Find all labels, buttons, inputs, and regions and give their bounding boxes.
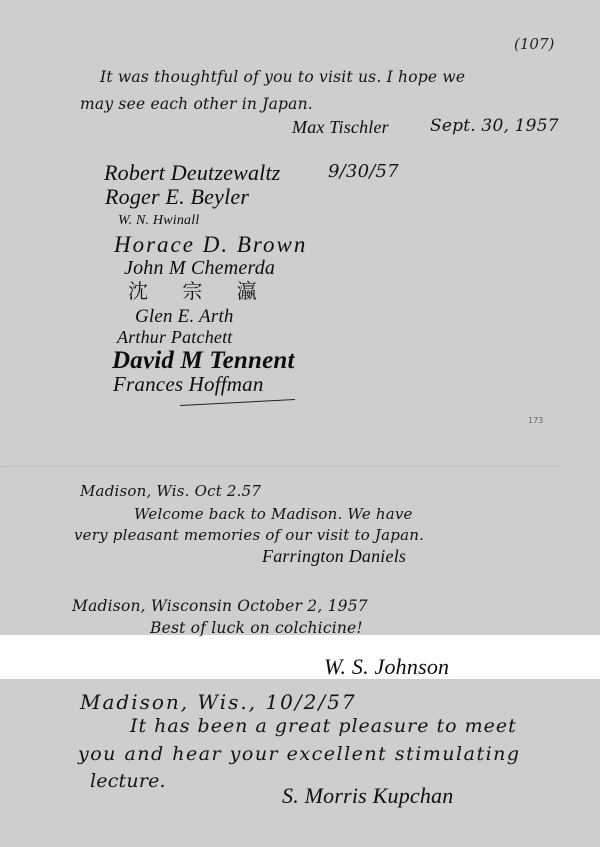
signature: Arthur Patchett <box>117 328 232 346</box>
signature: Max Tischler <box>292 118 389 136</box>
signature: W. N. Hwinall <box>118 214 199 228</box>
signature-flourish <box>180 399 295 406</box>
signature: Frances Hoffman <box>113 374 264 395</box>
signature: Horace D. Brown <box>114 233 307 256</box>
entry-line: very pleasant memories of our visit to J… <box>74 528 424 543</box>
signature: John M Chemerda <box>124 258 275 278</box>
corner-mark: 173 <box>528 416 543 425</box>
entry-line: Welcome back to Madison. We have <box>134 507 413 522</box>
entry-line: It has been a great pleasure to meet <box>130 717 517 736</box>
entry-line: It was thoughtful of you to visit us. I … <box>100 70 465 86</box>
signature-cjk: 沈 宗 瀛 <box>128 281 271 301</box>
entry-line: you and hear your excellent stimulating <box>78 745 521 764</box>
entry-line: may see each other in Japan. <box>80 97 313 113</box>
entry-heading: Madison, Wis., 10/2/57 <box>80 692 357 712</box>
signature-date: 9/30/57 <box>328 163 399 181</box>
signature: David M Tennent <box>112 348 295 373</box>
page-number: (107) <box>514 35 554 53</box>
entry-line: lecture. <box>90 772 166 791</box>
signature: Robert Deutzewaltz <box>104 162 281 184</box>
scan-white-band <box>0 635 600 679</box>
signature: Farrington Daniels <box>262 547 406 565</box>
entry-heading: Madison, Wis. Oct 2.57 <box>80 484 261 499</box>
signature: S. Morris Kupchan <box>282 785 453 807</box>
entry-line: Best of luck on colchicine! <box>150 621 363 637</box>
signature: Roger E. Beyler <box>105 186 249 208</box>
signature: W. S. Johnson <box>324 656 449 678</box>
signature: Glen E. Arth <box>135 307 234 326</box>
entry-date: Sept. 30, 1957 <box>430 118 559 135</box>
page-separator <box>0 466 560 467</box>
scanned-document-page: (107) It was thoughtful of you to visit … <box>0 0 600 847</box>
entry-heading: Madison, Wisconsin October 2, 1957 <box>72 599 368 615</box>
